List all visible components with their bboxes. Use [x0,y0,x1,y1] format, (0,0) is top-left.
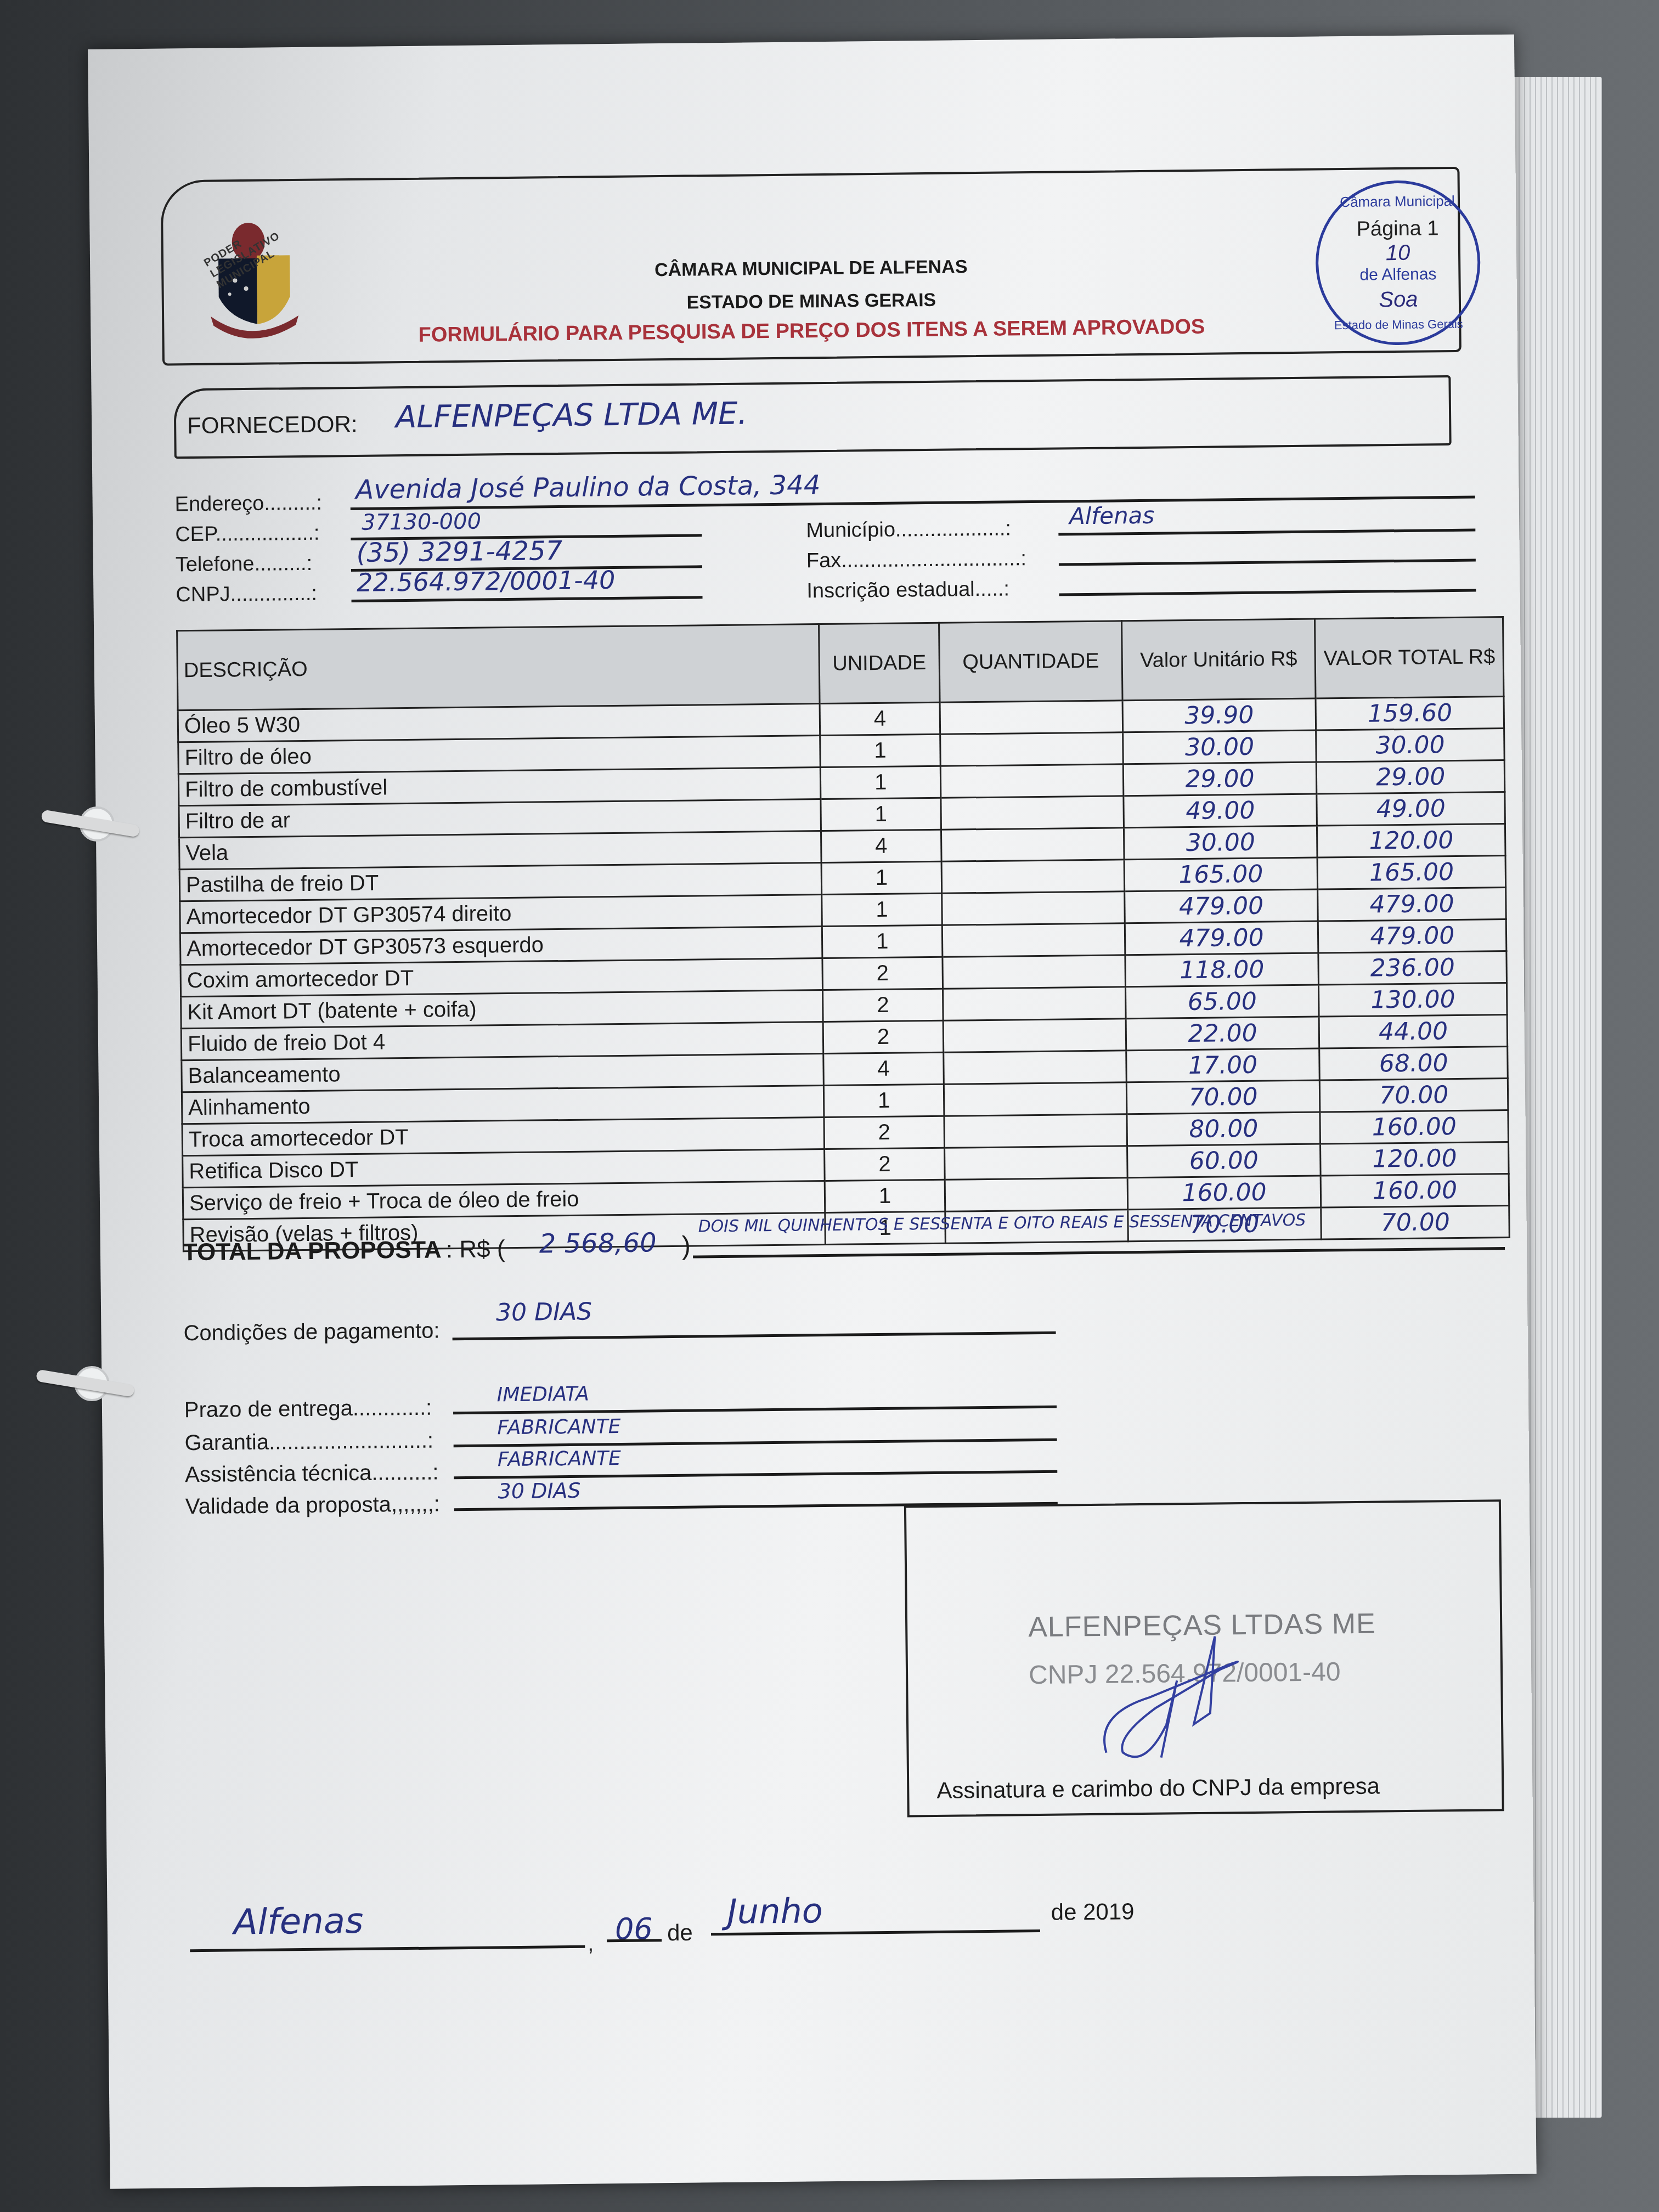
item-total-price[interactable]: 68.00 [1319,1047,1508,1081]
item-total-price[interactable]: 165.00 [1318,856,1506,890]
item-unit-price[interactable]: 479.00 [1125,921,1318,955]
fax-label: Fax...............................: [806,547,1027,573]
item-total-price[interactable]: 49.00 [1317,792,1505,826]
supplier-label: FORNECEDOR: [187,411,358,439]
header-box: PODER LEGISLATIVO MUNICIPAL CÂMARA MUNIC… [161,167,1462,366]
item-total-price[interactable]: 30.00 [1316,729,1504,763]
cep-value[interactable]: 37130-000 [362,509,482,535]
item-unit-price[interactable]: 30.00 [1122,730,1316,764]
institution-name: CÂMARA MUNICIPAL DE ALFENAS [163,251,1458,286]
item-unit-price[interactable]: 22.00 [1126,1017,1319,1051]
tech-support-value[interactable]: FABRICANTE [498,1447,621,1471]
item-total-price[interactable]: 479.00 [1318,888,1506,922]
item-quantity[interactable] [942,891,1125,925]
item-unit: 1 [821,798,941,831]
total-words-underline [693,1247,1505,1258]
table-header-row: DESCRIÇÃO UNIDADE QUANTIDADE Valor Unitá… [177,617,1504,710]
total-close-paren: ) [682,1231,691,1261]
fax-underline [1059,559,1476,566]
total-currency: : R$ ( [446,1235,505,1263]
item-unit-price[interactable]: 479.00 [1124,889,1318,923]
item-unit: 1 [820,734,940,767]
seal-city: de Alfenas [1318,264,1477,285]
item-unit: 2 [822,957,943,990]
item-unit: 1 [822,925,943,958]
document-page: PODER LEGISLATIVO MUNICIPAL CÂMARA MUNIC… [88,35,1537,2189]
item-total-price[interactable]: 479.00 [1318,919,1506,953]
date-year: de 2019 [1051,1898,1134,1926]
column-header-quantity: QUANTIDADE [939,621,1122,702]
item-unit: 4 [821,830,941,862]
item-total-price[interactable]: 236.00 [1318,951,1506,985]
seal-page-number: 10 [1318,240,1477,266]
municipio-underline [1058,529,1475,536]
item-total-price[interactable]: 70.00 [1321,1205,1509,1239]
item-total-price[interactable]: 120.00 [1321,1142,1509,1176]
item-unit: 1 [820,766,941,799]
item-quantity[interactable] [945,1178,1128,1211]
item-quantity[interactable] [944,1114,1127,1148]
item-quantity[interactable] [942,860,1125,893]
cep-label: CEP.................: [175,522,320,547]
item-unit-price[interactable]: 118.00 [1125,953,1319,987]
item-unit-price[interactable]: 17.00 [1126,1048,1319,1082]
warranty-value[interactable]: FABRICANTE [497,1415,620,1439]
handwritten-signature-icon[interactable] [1083,1614,1249,1780]
delivery-underline [453,1406,1057,1415]
seal-ring-top: Câmara Municipal [1318,193,1477,211]
item-quantity[interactable] [940,701,1123,734]
item-unit: 1 [823,1084,944,1117]
item-unit: 4 [820,702,940,735]
item-quantity[interactable] [940,732,1123,766]
date-month[interactable]: Junho [727,1891,823,1932]
item-quantity[interactable] [941,796,1124,830]
item-unit: 2 [824,1116,945,1149]
date-de-label: de [667,1920,693,1946]
price-items-table: DESCRIÇÃO UNIDADE QUANTIDADE Valor Unitá… [176,616,1510,1252]
item-unit: 2 [824,1148,945,1181]
item-quantity[interactable] [944,1082,1127,1116]
item-unit-price[interactable]: 160.00 [1127,1176,1321,1210]
item-total-price[interactable]: 70.00 [1320,1078,1508,1112]
warranty-underline [454,1438,1057,1448]
item-quantity[interactable] [943,955,1125,989]
item-total-price[interactable]: 160.00 [1320,1110,1508,1144]
item-total-price[interactable]: 29.00 [1317,760,1505,794]
item-total-price[interactable]: 130.00 [1319,983,1507,1017]
item-total-price[interactable]: 44.00 [1319,1015,1508,1049]
item-unit-price[interactable]: 39.90 [1122,698,1316,732]
item-unit: 1 [825,1180,945,1212]
item-quantity[interactable] [944,1019,1126,1052]
item-unit-price[interactable]: 70.00 [1126,1080,1320,1114]
item-quantity[interactable] [945,1146,1127,1180]
tech-support-label: Assistência técnica..........: [185,1460,439,1487]
supplier-box: FORNECEDOR: ALFENPEÇAS LTDA ME. [173,375,1451,459]
item-total-price[interactable]: 120.00 [1317,824,1505,858]
state-registration-underline [1059,589,1476,596]
item-unit-price[interactable]: 165.00 [1124,857,1318,891]
address-value[interactable]: Avenida José Paulino da Costa, 344 [356,470,820,505]
date-comma: , [588,1932,594,1956]
form-title: FORMULÁRIO PARA PESQUISA DE PREÇO DOS IT… [164,313,1459,350]
municipio-label: Município...................: [806,517,1011,543]
seal-page-label: Página 1 [1318,216,1477,241]
address-label: Endereço.........: [174,492,322,517]
item-unit-price[interactable]: 80.00 [1127,1112,1321,1146]
item-unit-price[interactable]: 65.00 [1125,985,1319,1019]
payment-terms-label: Condições de pagamento: [183,1318,439,1346]
item-unit-price[interactable]: 49.00 [1124,794,1317,828]
validity-label: Validade da proposta,,,,,,,: [185,1492,440,1519]
cnpj-value[interactable]: 22.564.972/0001-40 [357,565,616,597]
seal-initials: Soa [1319,286,1478,313]
total-value[interactable]: 2 568,60 [539,1227,657,1259]
phone-value[interactable]: (35) 3291-4257 [356,535,562,568]
table-body: Óleo 5 W30439.90159.60Filtro de óleo130.… [178,697,1509,1251]
column-header-unit: UNIDADE [819,623,940,703]
payment-terms-underline [453,1331,1056,1341]
signature-box: ALFENPEÇAS LTDAS ME CNPJ 22.564.972/0001… [904,1499,1504,1817]
delivery-value[interactable]: IMEDIATA [497,1383,590,1407]
column-header-description: DESCRIÇÃO [177,624,820,710]
seal-ring-bottom: Estado de Minas Gerais [1319,317,1478,332]
phone-label: Telefone.........: [176,552,313,577]
validity-value[interactable]: 30 DIAS [498,1479,580,1504]
item-quantity[interactable] [943,923,1125,957]
state-name: ESTADO DE MINAS GERAIS [164,284,1459,319]
page-seal-stamp: Câmara Municipal Página 1 10 de Alfenas … [1315,179,1481,346]
date-city[interactable]: Alfenas [233,1901,363,1943]
signature-caption: Assinatura e carimbo do CNPJ da empresa [936,1773,1380,1804]
item-unit: 2 [822,989,943,1022]
warranty-label: Garantia..........................: [184,1429,433,1456]
tech-support-underline [454,1470,1057,1480]
item-unit: 1 [821,893,942,926]
day-underline [607,1939,662,1942]
item-unit: 2 [823,1020,944,1053]
item-total-price[interactable]: 159.60 [1316,697,1504,731]
item-quantity[interactable] [941,828,1124,861]
supplier-name[interactable]: ALFENPEÇAS LTDA ME. [396,396,748,435]
delivery-label: Prazo de entrega............: [184,1396,432,1423]
item-unit-price[interactable]: 29.00 [1123,762,1317,796]
item-quantity[interactable] [943,987,1126,1020]
cnpj-label: CNPJ..............: [176,582,317,607]
column-header-total-price: VALOR TOTAL R$ [1315,617,1504,699]
cnpj-underline [352,596,703,602]
item-quantity[interactable] [944,1051,1126,1084]
column-header-unit-price: Valor Unitário R$ [1121,619,1316,701]
item-unit-price[interactable]: 60.00 [1127,1144,1321,1178]
payment-terms-value[interactable]: 30 DIAS [496,1298,592,1327]
item-quantity[interactable] [941,764,1124,798]
item-total-price[interactable]: 160.00 [1321,1173,1509,1207]
total-label: TOTAL DA PROPOSTA [183,1236,442,1266]
city-underline [190,1945,585,1953]
item-unit: 4 [823,1052,944,1085]
state-registration-label: Inscrição estadual.....: [806,577,1009,603]
municipio-value[interactable]: Alfenas [1069,502,1155,530]
item-unit-price[interactable]: 30.00 [1124,826,1317,860]
item-unit: 1 [821,861,942,894]
